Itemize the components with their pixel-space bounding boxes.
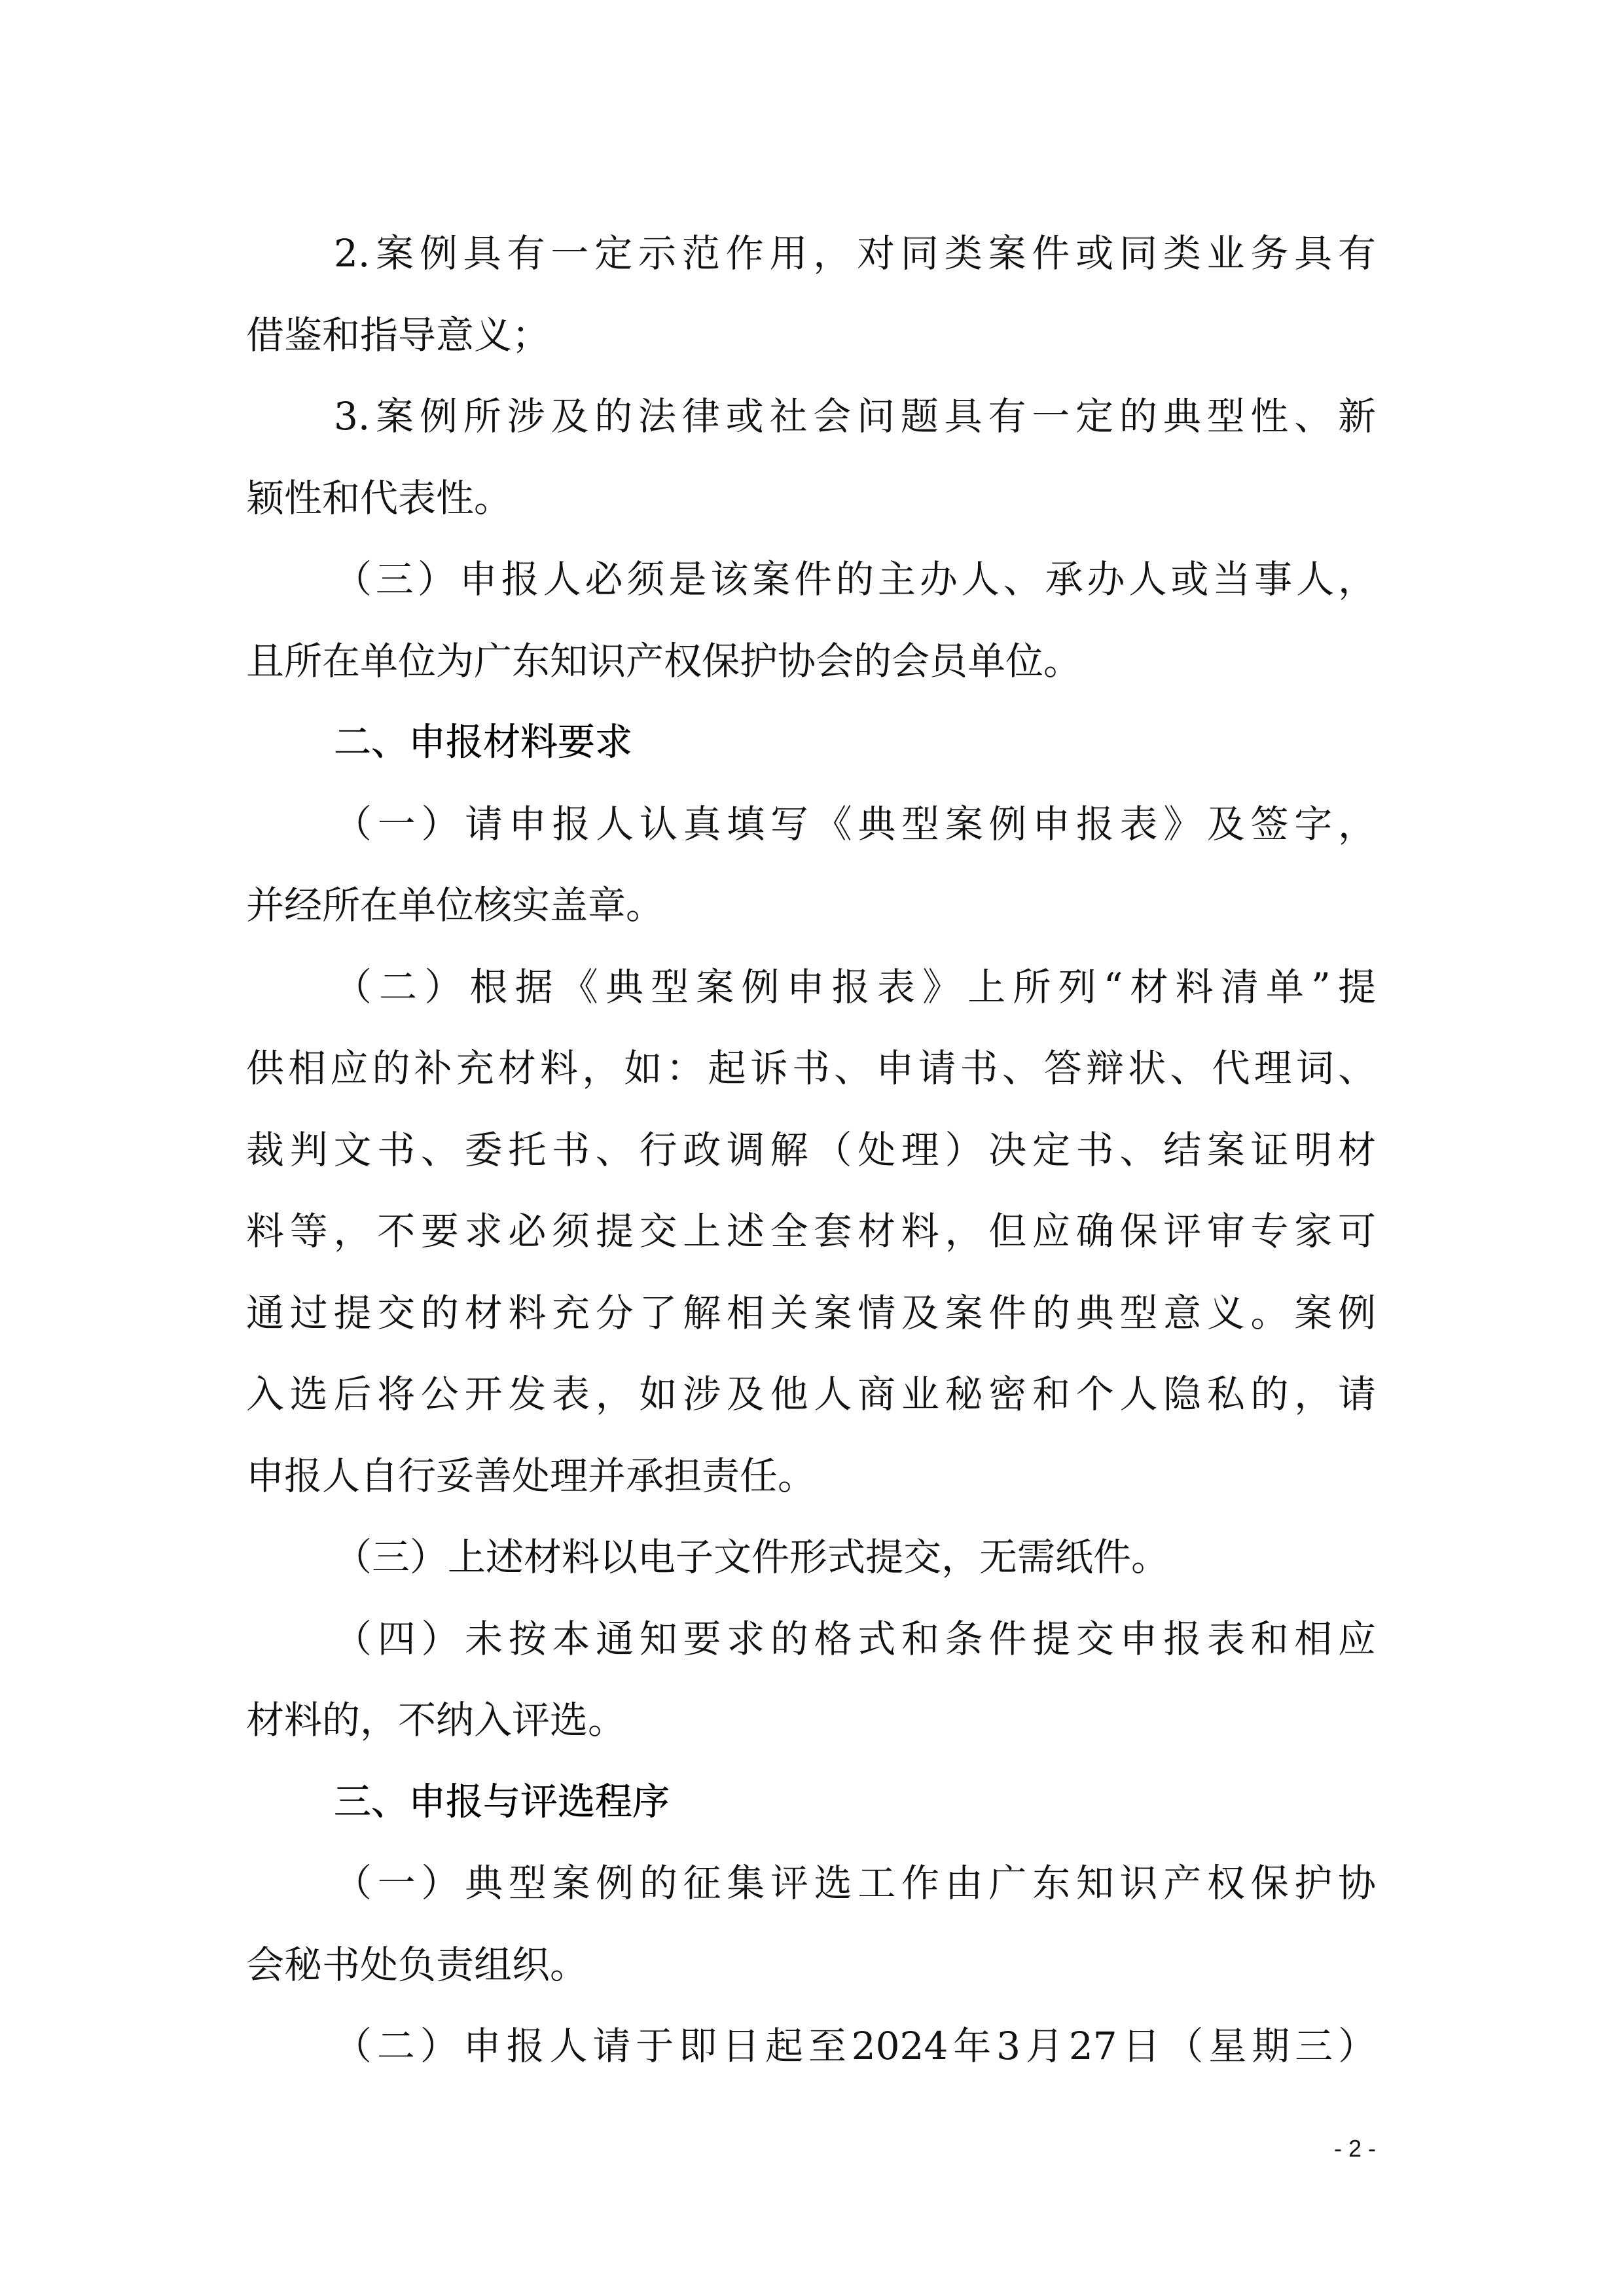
paragraph-line: 材料的，不纳入评选。 — [246, 1679, 1376, 1761]
page-number: - 2 - — [1322, 2132, 1388, 2165]
section-heading: 三、申报与评选程序 — [246, 1761, 1376, 1843]
paragraph-line: （二）申报人请于即日起至2024年3月27日（星期三） — [246, 2005, 1376, 2087]
paragraph-line: 会秘书处负责组织。 — [246, 1924, 1376, 2006]
document-body: 2.案例具有一定示范作用，对同类案件或同类业务具有 借鉴和指导意义； 3.案例所… — [246, 213, 1376, 2087]
document-page: 2.案例具有一定示范作用，对同类案件或同类业务具有 借鉴和指导意义； 3.案例所… — [0, 0, 1624, 2296]
paragraph-line: 并经所在单位核实盖章。 — [246, 865, 1376, 946]
paragraph-line: （三）上述材料以电子文件形式提交，无需纸件。 — [246, 1516, 1376, 1598]
paragraph-line: 入选后将公开发表，如涉及他人商业秘密和个人隐私的，请 — [246, 1354, 1376, 1435]
paragraph-line: （一）请申报人认真填写《典型案例申报表》及签字， — [246, 783, 1376, 865]
paragraph-line: 颖性和代表性。 — [246, 457, 1376, 539]
paragraph-line: （一）典型案例的征集评选工作由广东知识产权保护协 — [246, 1842, 1376, 1924]
paragraph-line: 且所在单位为广东知识产权保护协会的会员单位。 — [246, 620, 1376, 702]
paragraph-line: 料等，不要求必须提交上述全套材料，但应确保评审专家可 — [246, 1191, 1376, 1272]
paragraph-line: 申报人自行妥善处理并承担责任。 — [246, 1435, 1376, 1517]
paragraph-line: 供相应的补充材料，如：起诉书、申请书、答辩状、代理词、 — [246, 1028, 1376, 1109]
paragraph-line: 裁判文书、委托书、行政调解（处理）决定书、结案证明材 — [246, 1109, 1376, 1191]
paragraph-line: （四）未按本通知要求的格式和条件提交申报表和相应 — [246, 1598, 1376, 1680]
paragraph-line: 3.案例所涉及的法律或社会问题具有一定的典型性、新 — [246, 376, 1376, 457]
paragraph-line: （二）根据《典型案例申报表》上所列“材料清单”提 — [246, 946, 1376, 1028]
paragraph-line: （三）申报人必须是该案件的主办人、承办人或当事人， — [246, 539, 1376, 620]
paragraph-line: 通过提交的材料充分了解相关案情及案件的典型意义。案例 — [246, 1272, 1376, 1354]
paragraph-line: 借鉴和指导意义； — [246, 295, 1376, 376]
paragraph-line: 2.案例具有一定示范作用，对同类案件或同类业务具有 — [246, 213, 1376, 295]
section-heading: 二、申报材料要求 — [246, 702, 1376, 783]
